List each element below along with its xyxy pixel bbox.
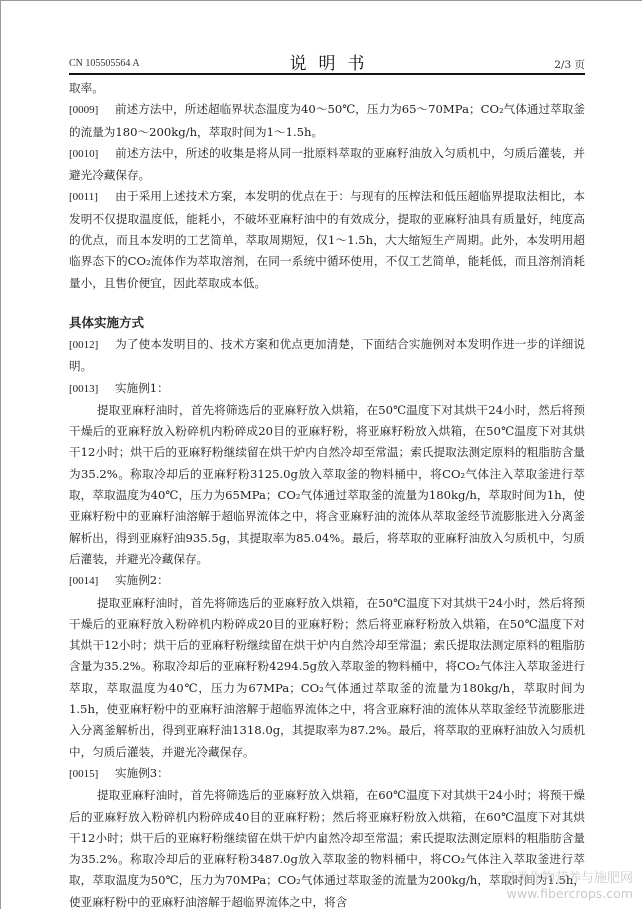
paragraph-0009: [0009]前述方法中，所述超临界状态温度为40～50℃，压力为65～70MPa… — [69, 99, 585, 143]
document-header: CN 105505564 A 说明书 2/3 页 — [69, 47, 585, 73]
example-1-body: 提取亚麻籽油时，首先将筛选后的亚麻籽放入烘箱，在50℃温度下对其烘干24小时，然… — [69, 400, 585, 570]
paragraph-0010: [0010]前述方法中，所述的收集是将从同一批原料萃取的亚麻籽油放入匀质机中，匀… — [69, 143, 585, 187]
paragraph-number: [0012] — [69, 335, 115, 356]
paragraph-number: [0014] — [69, 571, 115, 592]
page-number: 4 — [0, 834, 643, 846]
paragraph-0013: [0013]实施例1： — [69, 378, 585, 400]
paragraph-number: [0011] — [69, 187, 115, 208]
paragraph-number: [0013] — [69, 379, 115, 400]
page-indicator: 2/3 页 — [554, 57, 585, 72]
document-title: 说明书 — [69, 49, 585, 74]
watermark-site-name: 麻类作物营养与施肥网 — [503, 871, 633, 886]
paragraph-continuation: 取率。 — [69, 78, 585, 99]
paragraph-0014: [0014]实施例2： — [69, 570, 585, 592]
paragraph-number: [0009] — [69, 100, 115, 121]
paragraph-number: [0010] — [69, 144, 115, 165]
paragraph-0011: [0011]由于采用上述技术方案，本发明的优点在于：与现有的压榨法和低压超临界提… — [69, 186, 585, 293]
watermark: 麻类作物营养与施肥网 www.fibercrops.com — [503, 871, 633, 901]
paragraph-0015: [0015]实施例3： — [69, 763, 585, 785]
watermark-url: www.fibercrops.com — [503, 886, 633, 901]
example-2-body: 提取亚麻籽油时，首先将筛选后的亚麻籽放入烘箱，在50℃温度下对其烘干24小时，然… — [69, 593, 585, 763]
section-heading: 具体实施方式 — [69, 312, 585, 334]
header-rule — [69, 73, 585, 75]
document-body: 取率。 [0009]前述方法中，所述超临界状态温度为40～50℃，压力为65～7… — [69, 78, 585, 910]
paragraph-number: [0015] — [69, 764, 115, 785]
paragraph-0012: [0012]为了使本发明目的、技术方案和优点更加清楚，下面结合实施例对本发明作进… — [69, 334, 585, 378]
